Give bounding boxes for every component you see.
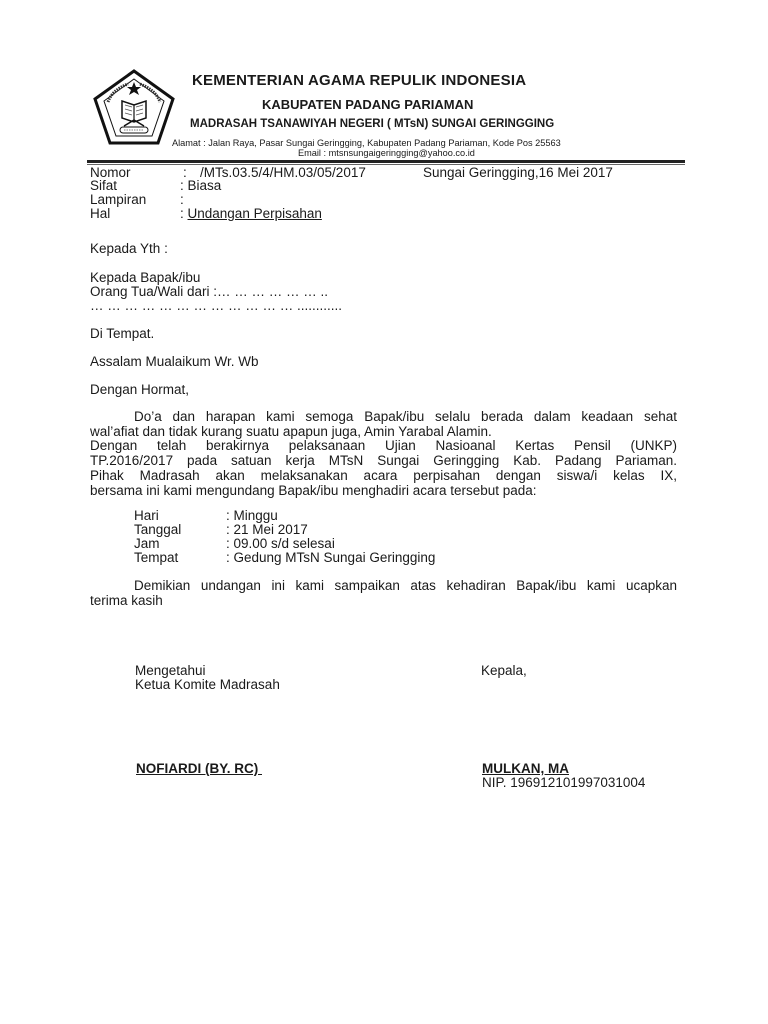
body-paragraph-2: Dengan telah berakirnya pelaksanaan Ujia… <box>90 438 677 498</box>
hal-line: : Undangan Perpisahan <box>180 206 322 221</box>
emblem-logo-icon <box>92 68 176 146</box>
lampiran-label: Lampiran <box>90 192 146 207</box>
letterhead-address: Alamat : Jalan Raya, Pasar Sungai Gering… <box>172 138 561 148</box>
sifat-label: Sifat <box>90 178 117 193</box>
closing-line2: terima kasih <box>90 593 677 608</box>
event-jam-label: Jam <box>134 536 160 551</box>
event-jam-value: : 09.00 s/d selesai <box>226 536 335 551</box>
event-tanggal-label: Tanggal <box>134 522 181 537</box>
sign-right-title: Kepala, <box>481 663 527 678</box>
body-paragraph-1: Do’a dan harapan kami semoga Bapak/ibu s… <box>90 409 677 439</box>
sign-left-title2: Ketua Komite Madrasah <box>135 677 280 692</box>
hal-value: Undangan Perpisahan <box>188 206 322 221</box>
letterhead-divider <box>87 160 685 163</box>
letterhead-regency: KABUPATEN PADANG PARIAMAN <box>262 97 473 112</box>
body-p2-line1: Dengan telah berakirnya pelaksanaan Ujia… <box>90 438 677 453</box>
event-tanggal-value: : 21 Mei 2017 <box>226 522 308 537</box>
greeting: Assalam Mualaikum Wr. Wb <box>90 354 259 369</box>
recipient-line-3: … … … … … … … … … … … … ............ <box>90 298 342 313</box>
place-date: Sungai Geringging,16 Mei 2017 <box>423 165 613 180</box>
body-p1-line1: Do’a dan harapan kami semoga Bapak/ibu s… <box>134 409 677 424</box>
letterhead-ministry: KEMENTERIAN AGAMA REPULIK INDONESIA <box>192 72 526 89</box>
salutation: Dengan Hormat, <box>90 382 189 397</box>
closing-line1: Demikian undangan ini kami sampaikan ata… <box>134 578 677 593</box>
event-hari-label: Hari <box>134 508 159 523</box>
sign-left-title1: Mengetahui <box>135 663 206 678</box>
recipient-line-1: Kepada Bapak/ibu <box>90 270 200 285</box>
sign-left-name: NOFIARDI (BY. RC) <box>136 761 262 776</box>
hal-colon: : <box>180 206 188 221</box>
sign-right-name: MULKAN, MA <box>482 761 569 776</box>
lampiran-value: : <box>180 192 184 207</box>
letterhead-school: MADRASAH TSANAWIYAH NEGERI ( MTsN) SUNGA… <box>190 118 554 130</box>
event-hari-value: : Minggu <box>226 508 278 523</box>
hal-label: Hal <box>90 206 110 221</box>
sifat-value: : Biasa <box>180 178 221 193</box>
kepada-yth: Kepada Yth : <box>90 241 168 256</box>
body-p1-line2: wal’afiat dan tidak kurang suatu apapun … <box>90 424 677 439</box>
body-p2-line4: bersama ini kami mengundang Bapak/ibu me… <box>90 483 677 498</box>
body-p2-line2: TP.2016/2017 pada satuan kerja MTsN Sung… <box>90 453 677 468</box>
nomor-value: /MTs.03.5/4/HM.03/05/2017 <box>200 165 366 180</box>
recipient-line-2: Orang Tua/Wali dari :… … … … … … .. <box>90 284 328 299</box>
di-tempat: Di Tempat. <box>90 326 154 341</box>
event-tempat-label: Tempat <box>134 550 178 565</box>
body-p2-line3: Pihak Madrasah akan melaksanakan acara p… <box>90 468 677 483</box>
closing-paragraph: Demikian undangan ini kami sampaikan ata… <box>90 578 677 608</box>
event-tempat-value: : Gedung MTsN Sungai Geringging <box>226 550 435 565</box>
sign-right-nip: NIP. 196912101997031004 <box>482 775 645 790</box>
letterhead-email: Email : mtsnsungaigeringging@yahoo.co.id <box>298 148 475 158</box>
